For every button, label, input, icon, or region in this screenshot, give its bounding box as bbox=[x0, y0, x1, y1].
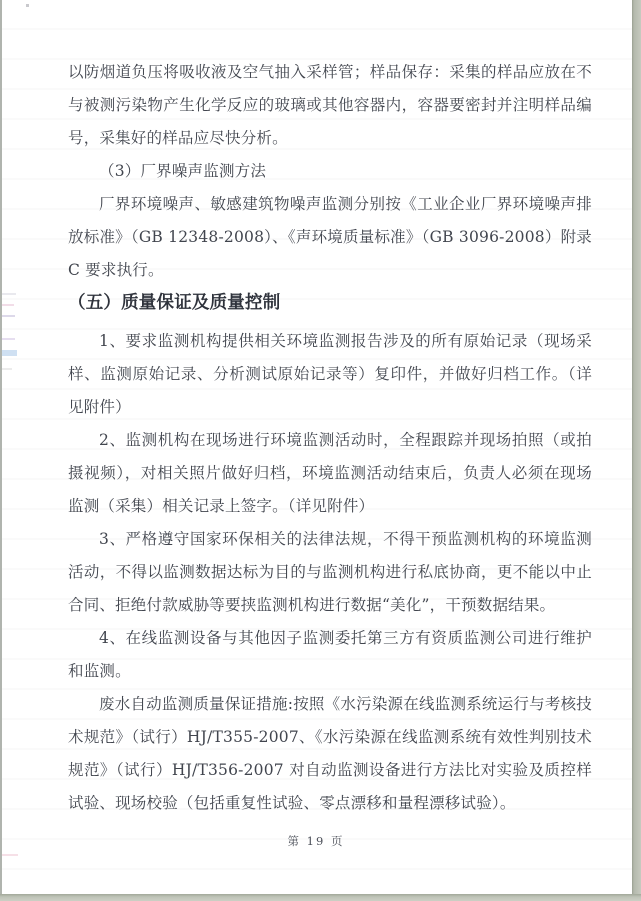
page-number: 第 19 页 bbox=[0, 833, 632, 849]
scan-speck bbox=[26, 4, 29, 7]
paragraph-item-4: 4、在线监测设备与其他因子监测委托第三方有资质监测公司进行维护和监测。 bbox=[68, 622, 592, 688]
page-left-edge bbox=[0, 0, 2, 901]
page-right-edge bbox=[632, 0, 641, 901]
subheading-noise-method: （3）厂界噪声监测方法 bbox=[68, 155, 592, 188]
section-heading-qa-qc: （五）质量保证及质量控制 bbox=[68, 287, 592, 320]
scan-mark bbox=[0, 293, 16, 295]
scan-mark bbox=[0, 304, 14, 306]
paragraph-noise-standards: 厂界环境噪声、敏感建筑物噪声监测分别按《工业企业厂界环境噪声排放标准》（GB 1… bbox=[68, 188, 592, 287]
scan-mark bbox=[0, 338, 15, 340]
document-body: 以防烟道负压将吸收液及空气抽入采样管；样品保存：采集的样品应放在不与被测污染物产… bbox=[68, 56, 592, 820]
scan-mark-blue bbox=[0, 350, 17, 356]
paragraph-item-2: 2、监测机构在现场进行环境监测活动时，全程跟踪并现场拍照（或拍摄视频），对相关照… bbox=[68, 424, 592, 523]
paragraph-item-3: 3、严格遵守国家环保相关的法律法规，不得干预监测机构的环境监测活动，不得以监测数… bbox=[68, 523, 592, 622]
paragraph-wastewater-qa: 废水自动监测质量保证措施:按照《水污染源在线监测系统运行与考核技术规范》（试行）… bbox=[68, 688, 592, 820]
paragraph-continuation: 以防烟道负压将吸收液及空气抽入采样管；样品保存：采集的样品应放在不与被测污染物产… bbox=[68, 56, 592, 155]
paragraph-item-1: 1、要求监测机构提供相关环境监测报告涉及的所有原始记录（现场采样、监测原始记录、… bbox=[68, 325, 592, 424]
page-bottom-edge bbox=[0, 894, 641, 901]
scan-mark bbox=[0, 315, 15, 317]
scan-mark bbox=[0, 854, 18, 856]
scanned-document-page: 以防烟道负压将吸收液及空气抽入采样管；样品保存：采集的样品应放在不与被测污染物产… bbox=[0, 0, 641, 901]
